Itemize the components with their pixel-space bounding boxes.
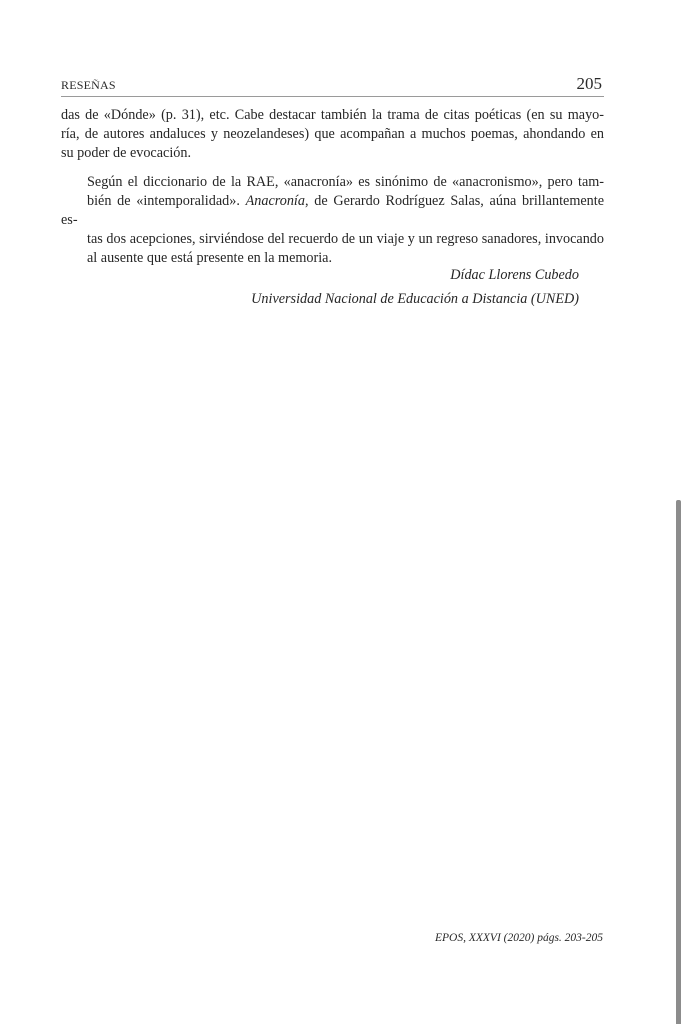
section-title: RESEÑAS — [61, 78, 116, 93]
book-title: Anacronía — [246, 193, 305, 209]
text-line: Según el diccionario de la RAE, «anacron… — [61, 173, 604, 192]
author-affiliation: Universidad Nacional de Educación a Dist… — [251, 287, 579, 311]
running-header: RESEÑAS 205 — [61, 78, 604, 97]
text-line: ría, de autores andaluces y neozelandese… — [61, 125, 604, 144]
vertical-scrollbar[interactable] — [676, 500, 681, 1024]
author-name: Dídac Llorens Cubedo — [251, 263, 579, 287]
body-text: das de «Dónde» (p. 31), etc. Cabe destac… — [61, 106, 604, 278]
text-line: tas dos acepciones, sirviéndose del recu… — [61, 230, 604, 249]
paragraph-1: das de «Dónde» (p. 31), etc. Cabe destac… — [61, 106, 604, 164]
document-page: RESEÑAS 205 das de «Dónde» (p. 31), etc.… — [0, 0, 685, 1024]
paragraph-2: Según el diccionario de la RAE, «anacron… — [61, 173, 604, 269]
page-number: 205 — [577, 74, 603, 94]
text-run: bién de «intemporalidad». — [87, 193, 246, 209]
text-line: das de «Dónde» (p. 31), etc. Cabe destac… — [61, 106, 604, 125]
footer-citation: EPOS, XXXVI (2020) págs. 203-205 — [435, 932, 603, 944]
text-line: bién de «intemporalidad». Anacronía, de … — [61, 192, 604, 230]
text-line: su poder de evocación. — [61, 144, 604, 163]
signature-block: Dídac Llorens Cubedo Universidad Naciona… — [251, 263, 579, 311]
